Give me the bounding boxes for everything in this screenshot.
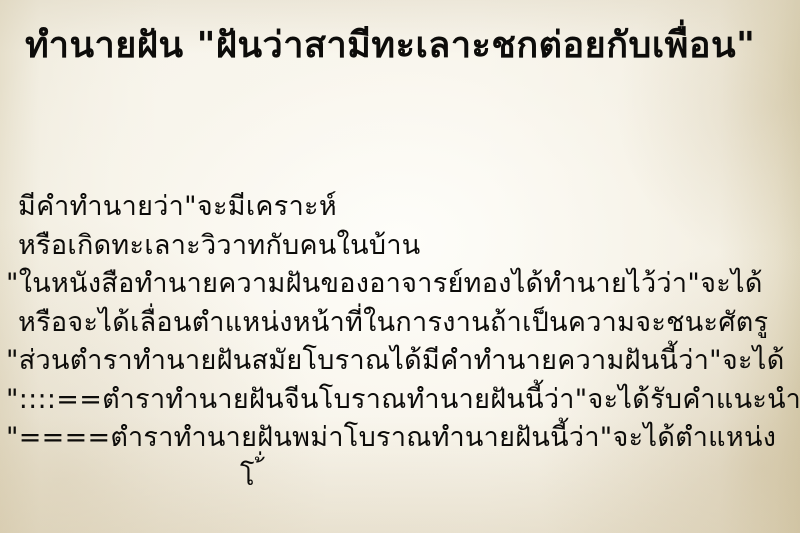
prediction-text-block: มีคำทำนายว่า"จะมีเคราะห์ หรือเกิดทะเลาะว…: [0, 188, 800, 496]
prediction-line-1: มีคำทำนายว่า"จะมีเคราะห์: [0, 188, 800, 227]
prediction-line-6: "::::==ตำราทำนายฝันจีนโบราณทำนายฝันนี้ว่…: [0, 381, 800, 420]
prediction-line-5: "ส่วนตำราทำนายฝันสมัยโบราณได้มีคำทำนายคว…: [0, 342, 800, 381]
prediction-line-3: "ในหนังสือทำนายความฝันของอาจารย์ทองได้ทำ…: [0, 265, 800, 304]
prediction-line-8-partial: โ ้่: [0, 458, 800, 497]
prediction-line-2: หรือเกิดทะเลาะวิวาทกับคนในบ้าน: [0, 227, 800, 266]
prediction-line-7: "====ตำราทำนายฝันพม่าโบราณทำนายฝันนี้ว่า…: [0, 419, 800, 458]
prediction-line-4: หรือจะได้เลื่อนตำแหน่งหน้าที่ในการงานถ้า…: [0, 304, 800, 343]
page-title: ทำนายฝัน "ฝันว่าสามีทะเลาะชกต่อยกับเพื่อ…: [25, 16, 755, 76]
